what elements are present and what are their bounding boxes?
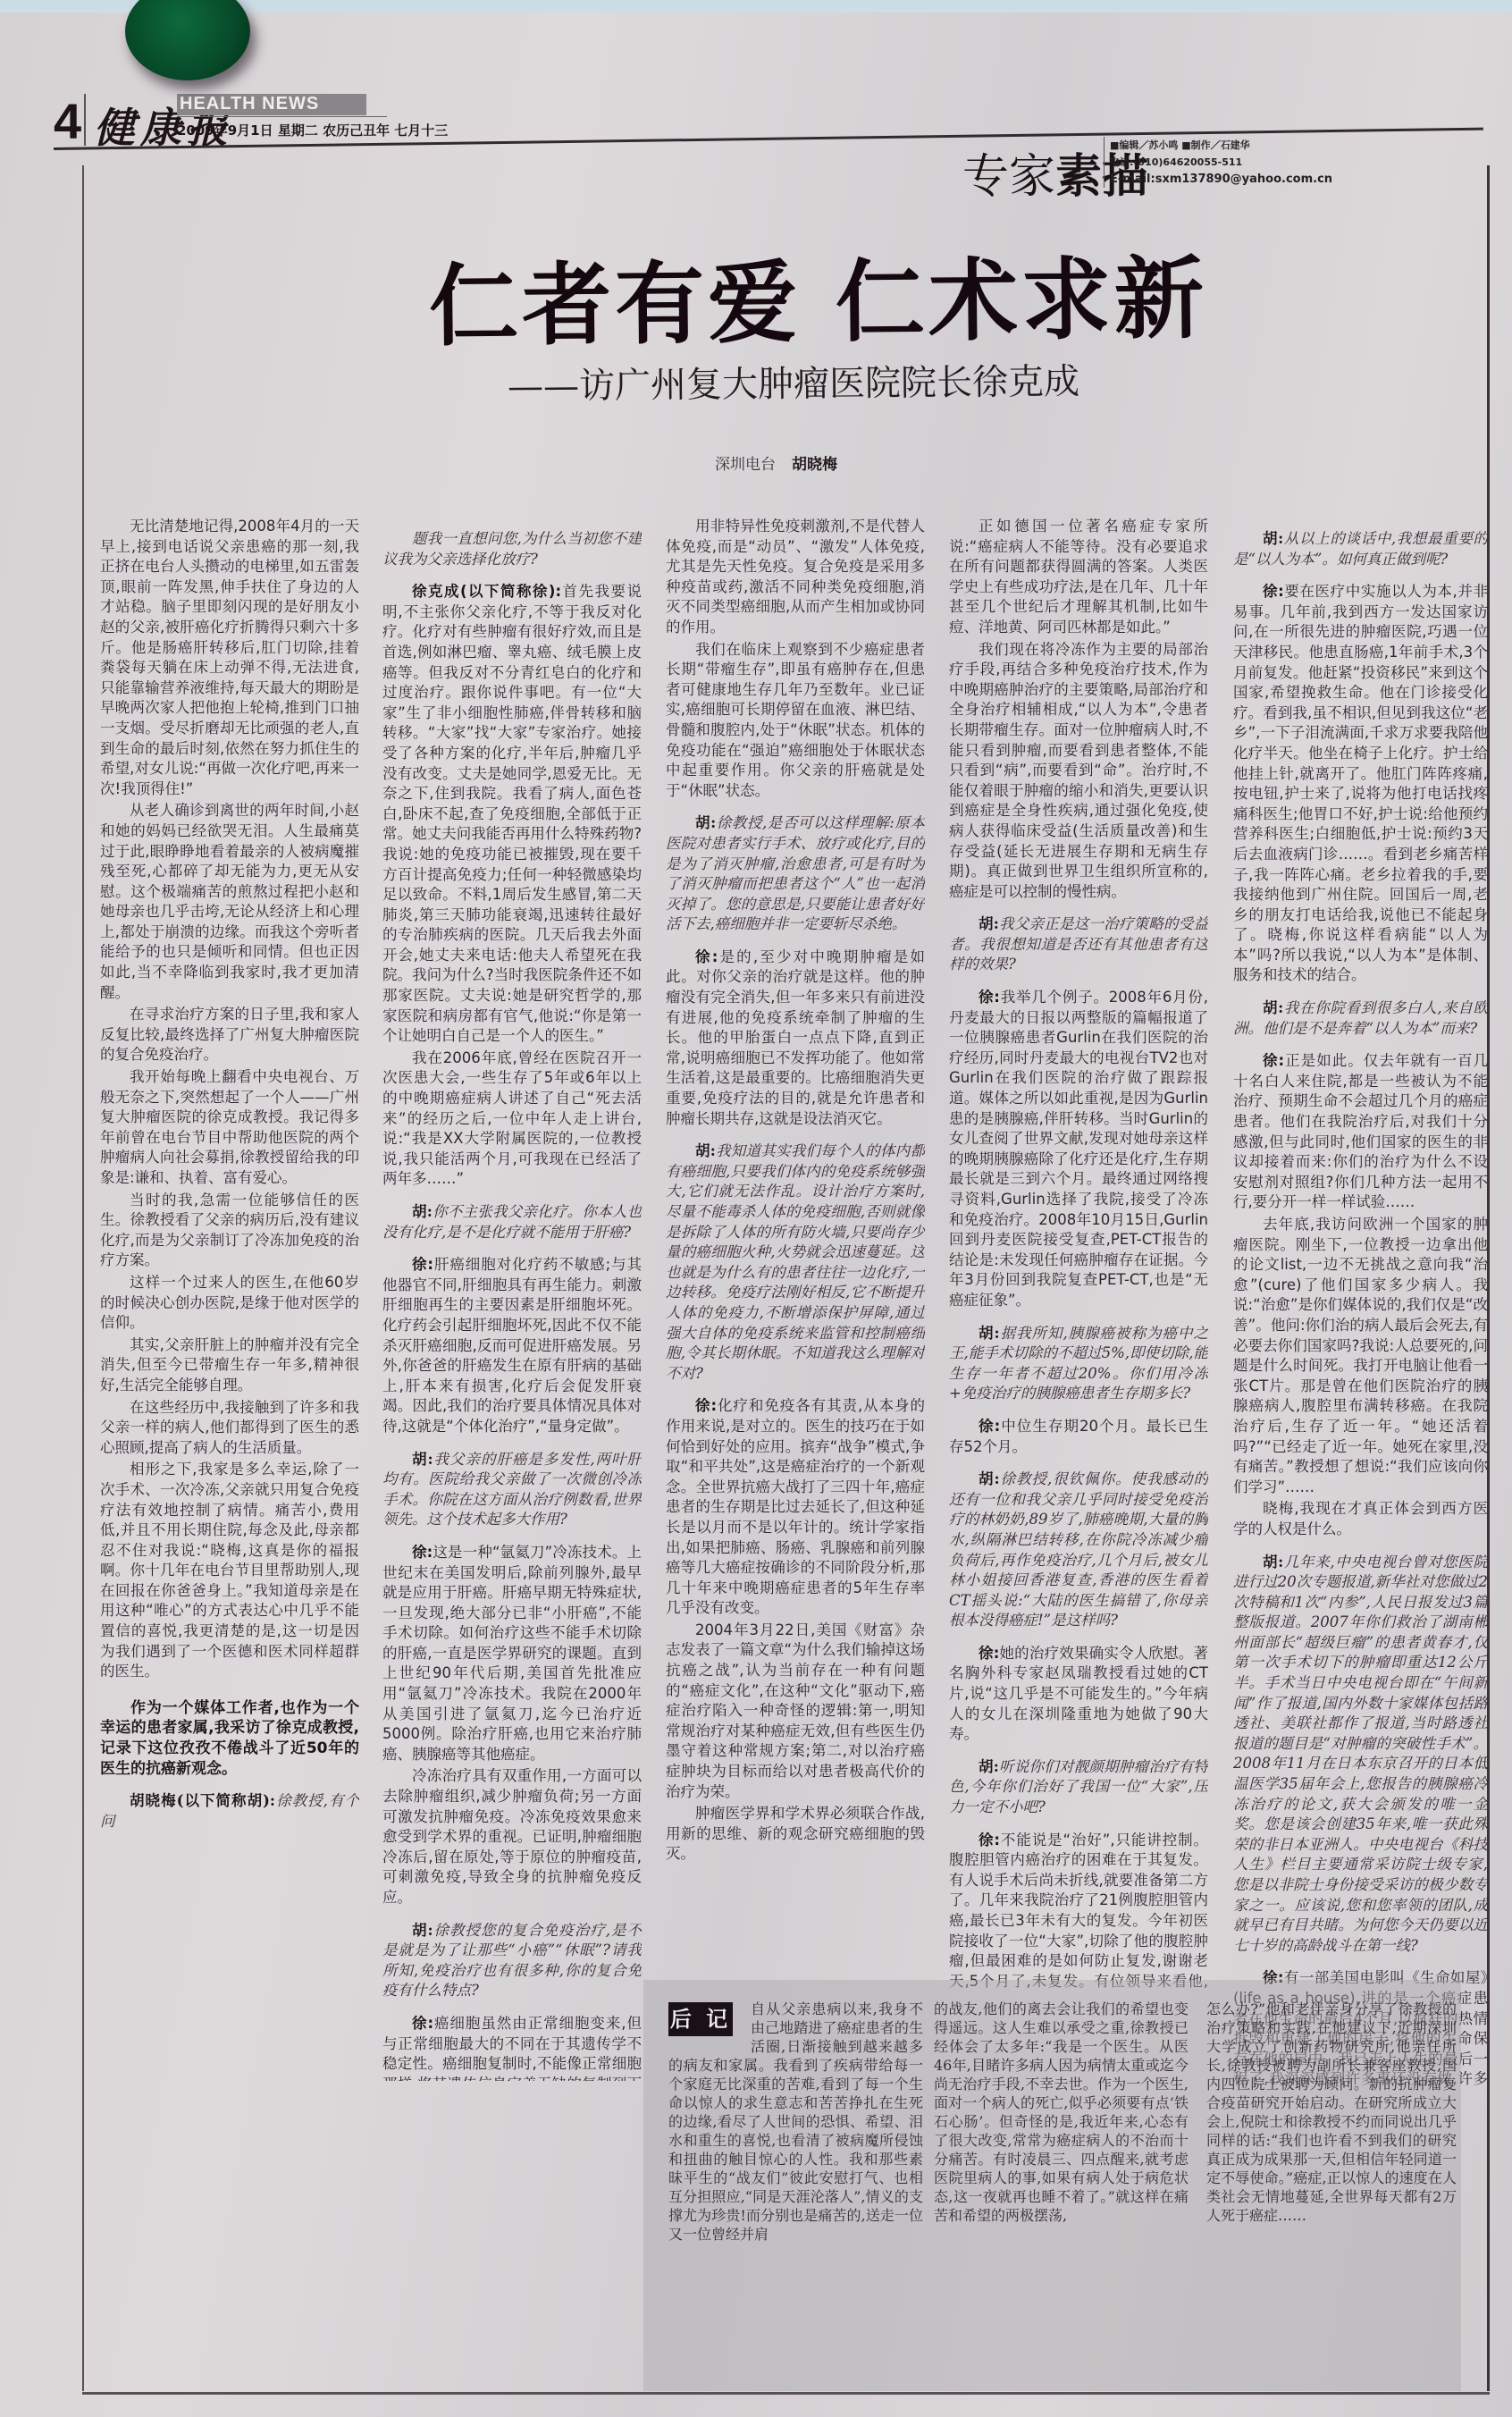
body-paragraph: 用非特异性免疫刺激剂,不是代替人体免疫,而是“动员”、“激发”人体免疫,尤其是先…	[666, 517, 925, 638]
body-paragraph: 2004年3月22日,美国《财富》杂志发表了一篇文章“为什么我们输掉这场抗癌之战…	[666, 1621, 925, 1802]
body-paragraph: 正如德国一位著名癌症专家所说:“癌症病人不能等待。没有必要追求在所有问题都获得圆…	[949, 517, 1208, 638]
issue-date: 2009年9月1日 星期二 农历己丑年 七月十三	[177, 121, 448, 139]
afterword-text-2: 的战友,他们的离去会让我们的希望也变得遥远。这人生难以承受之重,徐教授已经体会了…	[934, 2000, 1189, 2225]
body-paragraph: 冷冻治疗具有双重作用,一方面可以去除肿瘤组织,减少肿瘤负荷;另一方面可激发抗肿瘤…	[382, 1766, 642, 1907]
paragraph-text: 其实,父亲肝脏上的肿瘤并没有完全消失,但至今已带瘤生存一年多,精神很好,生活完全…	[100, 1336, 359, 1394]
speaker-label: 徐:	[979, 1418, 1000, 1435]
interviewee-answer: 徐:我举几个例子。2008年6月份,丹麦最大的日报以两整版的篇幅报道了一位胰腺癌…	[949, 988, 1208, 1311]
body-paragraph: 晓梅,我现在才真正体会到西方医学的人权是什么。	[1233, 1499, 1488, 1539]
paragraph-text: 我开始每晚上翻看中央电视台、万般无奈之下,突然想起了一个人——广州复大肿瘤医院的…	[100, 1068, 359, 1186]
speaker-label: 胡:	[1263, 530, 1283, 547]
body-paragraph: 肿瘤医学界和学术界必须联合作战,用新的思维、新的观念研究癌细胞的毁灭。	[666, 1804, 925, 1865]
interviewer-question: 题我一直想问您,为什么当初您不建议我为父亲选择化放疗?	[382, 529, 642, 569]
interviewer-question: 胡:徐教授,是否可以这样理解:原本医院对患者实行手术、放疗或化疗,目的是为了消灭…	[666, 813, 925, 935]
lead-paragraph: 作为一个媒体工作者,也作为一个幸运的患者家属,我采访了徐克成教授,记录下这位孜孜…	[100, 1698, 359, 1779]
paragraph-text: 2004年3月22日,美国《财富》杂志发表了一篇文章“为什么我们输掉这场抗癌之战…	[666, 1621, 925, 1800]
paragraph-text: 我知道其实我们每个人的体内都有癌细胞,只要我们体内的免疫系统够强大,它们就无法作…	[666, 1142, 925, 1382]
column-4: 正如德国一位著名癌症专家所说:“癌症病人不能等待。没有必要追求在所有问题都获得圆…	[949, 517, 1208, 1992]
paragraph-text: 这样一个过来人的医生,在他60岁的时候决心创办医院,是缘于他对医学的信仰。	[100, 1274, 359, 1331]
speaker-label: 胡:	[1263, 1554, 1283, 1571]
paragraph-text: 我举几个例子。2008年6月份,丹麦最大的日报以两整版的篇幅报道了一位胰腺癌患者…	[949, 989, 1208, 1309]
body-paragraph: 相形之下,我家是多么幸运,除了一次手术、一次冷冻,父亲就只用复合免疫疗法有效地控…	[100, 1460, 359, 1682]
speaker-label: 胡晓梅(以下简称胡):	[130, 1792, 275, 1809]
interviewer-question: 胡:徐教授您的复合免疫治疗,是不是就是为了让那些“小癌”“休眠”?请我所知,免疫…	[382, 1921, 642, 2001]
paragraph-text: 题我一直想问您,为什么当初您不建议我为父亲选择化放疗?	[382, 530, 642, 568]
english-band-label: HEALTH NEWS	[177, 94, 319, 114]
paragraph-text: 徐教授,是否可以这样理解:原本医院对患者实行手术、放疗或化疗,目的是为了消灭肿瘤…	[666, 814, 925, 932]
interviewer-question: 胡:你不主张我父亲化疗。你本人也没有化疗,是不是化疗就不能用于肝癌?	[382, 1202, 642, 1242]
paragraph-text: 晓梅,我现在才真正体会到西方医学的人权是什么。	[1233, 1500, 1488, 1537]
paragraph-text: 在这些经历中,我接触到了许多和我父亲一样的病人,他们都得到了医生的悉心照顾,提高…	[100, 1399, 359, 1456]
column-2: 题我一直想问您,为什么当初您不建议我为父亲选择化放疗?徐克成(以下简称徐):首先…	[382, 517, 642, 2081]
page-number: 4	[54, 92, 81, 150]
speaker-label: 徐:	[1263, 1052, 1284, 1069]
speaker-label: 徐:	[979, 1832, 1000, 1849]
interviewer-question: 胡:我知道其实我们每个人的体内都有癌细胞,只要我们体内的免疫系统够强大,它们就无…	[666, 1141, 925, 1384]
speaker-label: 胡:	[412, 1451, 433, 1468]
interviewer-question: 胡:听说你们对靓颜期肿瘤治疗有特色,今年你们治好了我国一位“大家”,压力一定不小…	[949, 1757, 1208, 1818]
speaker-label: 徐:	[412, 1256, 433, 1273]
body-paragraph: 我在2006年底,曾经在医院召开一次医患大会,一些生存了5年或6年以上的中晚期癌…	[382, 1048, 642, 1190]
paragraph-text: 不能说是“治好”,只能讲控制。腹腔胆管内癌治疗的困难在于其复发。有人说手术后尚未…	[949, 1832, 1208, 1992]
headline: 仁者有爱 仁术求新	[428, 226, 1207, 363]
paragraph-text: 在寻求治疗方案的日子里,我和家人反复比较,最终选择了广州复大肿瘤医院的复合免疫治…	[100, 1006, 359, 1063]
paragraph-text: 徐教授,很钦佩你。使我感动的还有一位和我父亲几乎同时接受免疫治疗的林奶奶,89岁…	[949, 1470, 1208, 1629]
subheadline: ——访广州复大肿瘤医院院长徐克成	[508, 353, 1079, 409]
paragraph-text: 正是如此。仅去年就有一百几十名白人来住院,都是一些被认为不能治疗、预期生命不会超…	[1233, 1052, 1488, 1210]
paragraph-text: 当时的我,急需一位能够信任的医生。徐教授看了父亲的病历后,没有建议化疗,而是为父…	[100, 1192, 359, 1269]
band-rule	[177, 116, 387, 117]
paragraph-text: 首先我要说明,不主张你父亲化疗,不等于我反对化疗。化疗对有些肿瘤有很好疗效,而且…	[382, 583, 642, 1044]
paragraph-text: 我们在临床上观察到不少癌症患者长期“带瘤生存”,即虽有癌肿存在,但患者可健康地生…	[666, 641, 925, 799]
paragraph-text: 我在2006年底,曾经在医院召开一次医患大会,一些生存了5年或6年以上的中晚期癌…	[382, 1049, 642, 1188]
editor-line: ■编辑／苏小鸣 ■制作／石建华	[1110, 137, 1332, 154]
body-paragraph: 去年底,我访问欧洲一个国家的肿瘤医院。刚坐下,一位教授一边拿出他的论文list,…	[1233, 1215, 1488, 1497]
speaker-label: 徐克成(以下简称徐):	[412, 583, 561, 600]
paragraph-text: 化疗和免疫各有其责,从本身的作用来说,是对立的。医生的技巧在于如何恰到好处的应用…	[666, 1397, 925, 1616]
column-5: 胡:从以上的谈话中,我想最重要的是“以人为本”。如何真正做到呢?徐:要在医疗中实…	[1233, 517, 1488, 2090]
body-paragraph: 从老人确诊到离世的两年时间,小赵和她的妈妈已经欲哭无泪。人生最痛莫过于此,眼睁睁…	[100, 801, 359, 1003]
interviewer-question: 胡:徐教授,很钦佩你。使我感动的还有一位和我父亲几乎同时接受免疫治疗的林奶奶,8…	[949, 1470, 1208, 1631]
paragraph-text: 这是一种“氩氦刀”冷冻技术。上世纪末在美国发明后,除前列腺外,最早就是应用于肝癌…	[382, 1544, 642, 1763]
body-paragraph: 这样一个过来人的医生,在他60岁的时候决心创办医院,是缘于他对医学的信仰。	[100, 1273, 359, 1334]
paragraph-text: 去年底,我访问欧洲一个国家的肿瘤医院。刚坐下,一位教授一边拿出他的论文list,…	[1233, 1216, 1488, 1495]
interviewee-answer: 徐:她的治疗效果确实令人欣慰。著名胸外科专家赵凤瑞教授看过她的CT片,说“这几乎…	[949, 1644, 1208, 1745]
page-header: 4 健康报 HEALTH NEWS 2009年9月1日 星期二 农历己丑年 七月…	[54, 85, 1483, 152]
header-divider	[84, 94, 86, 146]
body-paragraph: 在这些经历中,我接触到了许多和我父亲一样的病人,他们都得到了医生的悉心照顾,提高…	[100, 1398, 359, 1459]
paragraph-text: 肝癌细胞对化疗药不敏感;与其他器官不同,肝细胞具有再生能力。刺激肝细胞再生的主要…	[382, 1256, 642, 1435]
paragraph-text: 用非特异性免疫刺激剂,不是代替人体免疫,而是“动员”、“激发”人体免疫,尤其是先…	[666, 518, 925, 636]
body-paragraph: 我开始每晚上翻看中央电视台、万般无奈之下,突然想起了一个人——广州复大肿瘤医院的…	[100, 1067, 359, 1189]
interviewee-answer: 徐:化疗和免疫各有其责,从本身的作用来说,是对立的。医生的技巧在于如何恰到好处的…	[666, 1396, 925, 1619]
speaker-label: 徐:	[412, 1544, 433, 1561]
interviewee-answer: 徐:肝癌细胞对化疗药不敏感;与其他器官不同,肝细胞具有再生能力。刺激肝细胞再生的…	[382, 1255, 642, 1436]
speaker-label: 徐:	[695, 1397, 717, 1414]
interviewee-answer: 徐:正是如此。仅去年就有一百几十名白人来住院,都是一些被认为不能治疗、预期生命不…	[1233, 1051, 1488, 1213]
interviewer-question: 胡:据我所知,胰腺癌被称为癌中之王,能手术切除的不超过5%,即使切除,能生存一年…	[949, 1324, 1208, 1404]
speaker-label: 胡:	[1263, 999, 1283, 1016]
paragraph-text: 相形之下,我家是多么幸运,除了一次手术、一次冷冻,父亲就只用复合免疫疗法有效地控…	[100, 1461, 359, 1680]
interviewee-answer: 徐:中位生存期20个月。最长已生存52个月。	[949, 1417, 1208, 1457]
paragraph-text: 冷冻治疗具有双重作用,一方面可以去除肿瘤组织,减少肿瘤负荷;另一方面可激发抗肿瘤…	[382, 1767, 642, 1906]
body-paragraph: 我们在临床上观察到不少癌症患者长期“带瘤生存”,即虽有癌肿存在,但患者可健康地生…	[666, 640, 925, 802]
body-paragraph: 我们现在将冷冻作为主要的局部治疗手段,再结合多种免疫治疗技术,作为中晚期癌肿治疗…	[949, 640, 1208, 903]
interviewer-question: 胡:从以上的谈话中,我想最重要的是“以人为本”。如何真正做到呢?	[1233, 529, 1488, 569]
speaker-label: 徐:	[979, 1645, 999, 1662]
speaker-label: 徐:	[1263, 583, 1284, 600]
paragraph-text: 要在医疗中实施以人为本,并非易事。几年前,我到西方一发达国家访问,在一所很先进的…	[1233, 583, 1488, 983]
interviewee-answer: 徐:癌细胞虽然由正常细胞变来,但与正常细胞最大的不同在于其遗传学不稳定性。癌细胞…	[382, 2014, 642, 2081]
paragraph-text: 我们现在将冷冻作为主要的局部治疗手段,再结合多种免疫治疗技术,作为中晚期癌肿治疗…	[949, 641, 1208, 900]
interviewer-question: 胡:我父亲正是这一治疗策略的受益者。我很想知道是否还有其他患者有这样的效果?	[949, 914, 1208, 975]
afterword-column-3: 怎么办?”他和老伴亲身分享了徐教授的治疗策略和实践,在他建议下,近期深圳大学成立…	[1206, 2000, 1457, 2393]
column-3: 用非特异性免疫刺激剂,不是代替人体免疫,而是“动员”、“激发”人体免疫,尤其是先…	[666, 517, 925, 1992]
body-paragraph: 无比清楚地记得,2008年4月的一天早上,接到电话说父亲患癌的那一刻,我正挤在电…	[100, 517, 359, 799]
paragraph-text: 是的,至少对中晚期肿瘤是如此。对你父亲的治疗就是这样。他的肿瘤没有完全消失,但一…	[666, 948, 925, 1127]
afterword-text-3: 怎么办?”他和老伴亲身分享了徐教授的治疗策略和实践,在他建议下,近期深圳大学成立…	[1206, 2000, 1457, 2225]
afterword-tag: 后 记	[668, 2002, 733, 2036]
speaker-label: 徐:	[695, 948, 718, 965]
speaker-label: 胡:	[979, 915, 999, 932]
paragraph-text: 正如德国一位著名癌症专家所说:“癌症病人不能等待。没有必要追求在所有问题都获得圆…	[949, 518, 1208, 636]
speaker-label: 胡:	[979, 1325, 1000, 1342]
speaker-label: 徐:	[979, 989, 1000, 1006]
speaker-label: 胡:	[695, 1142, 716, 1159]
interviewee-answer: 徐:这是一种“氩氦刀”冷冻技术。上世纪末在美国发明后,除前列腺外,最早就是应用于…	[382, 1543, 642, 1765]
speaker-label: 胡:	[412, 1922, 433, 1939]
paragraph-text: 从老人确诊到离世的两年时间,小赵和她的妈妈已经欲哭无泪。人生最痛莫过于此,眼睁睁…	[100, 802, 359, 1000]
speaker-label: 胡:	[979, 1470, 1000, 1487]
speaker-label: 徐:	[412, 2015, 433, 2032]
paragraph-text: 几年来,中央电视台曾对您医院进行过20次专题报道,新华社对您做过2次特稿和1次“…	[1233, 1554, 1488, 1954]
body-paragraph: 当时的我,急需一位能够信任的医生。徐教授看了父亲的病历后,没有建议化疗,而是为父…	[100, 1191, 359, 1271]
byline-source: 深圳电台	[715, 456, 776, 474]
interviewee-answer: 徐:要在医疗中实施以人为本,并非易事。几年前,我到西方一发达国家访问,在一所很先…	[1233, 582, 1488, 986]
afterword-column-1: 自从父亲患病以来,我身不由己地踏进了癌症患者的生活圈,日渐接触到越来越多的病友和…	[668, 2000, 923, 2393]
interviewee-answer: 徐:是的,至少对中晚期肿瘤是如此。对你父亲的治疗就是这样。他的肿瘤没有完全消失,…	[666, 947, 925, 1129]
interviewer-question: 胡晓梅(以下简称胡):徐教授,有个问	[100, 1791, 359, 1832]
paragraph-text: 无比清楚地记得,2008年4月的一天早上,接到电话说父亲患癌的那一刻,我正挤在电…	[100, 518, 359, 797]
interviewee-answer: 徐:不能说是“治好”,只能讲控制。腹腔胆管内癌治疗的困难在于其复发。有人说手术后…	[949, 1831, 1208, 1992]
interviewee-answer: 徐克成(以下简称徐):首先我要说明,不主张你父亲化疗,不等于我反对化疗。化疗对有…	[382, 582, 642, 1047]
column-1: 无比清楚地记得,2008年4月的一天早上,接到电话说父亲患癌的那一刻,我正挤在电…	[100, 517, 359, 2385]
speaker-label: 胡:	[412, 1203, 433, 1220]
body-paragraph: 在寻求治疗方案的日子里,我和家人反复比较,最终选择了广州复大肿瘤医院的复合免疫治…	[100, 1005, 359, 1065]
body-paragraph: 其实,父亲肝脏上的肿瘤并没有完全消失,但至今已带瘤生存一年多,精神很好,生活完全…	[100, 1335, 359, 1396]
interviewer-question: 胡:我父亲的肝癌是多发性,两叶肝均有。医院给我父亲做了一次微创冷冻手术。你院在这…	[382, 1450, 642, 1530]
paragraph-text: 作为一个媒体工作者,也作为一个幸运的患者家属,我采访了徐克成教授,记录下这位孜孜…	[100, 1699, 359, 1778]
speaker-label: 胡:	[979, 1758, 999, 1775]
interviewer-question: 胡:我在你院看到很多白人,来自欧洲。他们是不是奔着“以人为本”而来?	[1233, 998, 1488, 1039]
paragraph-text: 肿瘤医学界和学术界必须联合作战,用新的思维、新的观念研究癌细胞的毁灭。	[666, 1805, 925, 1862]
speaker-label: 胡:	[695, 814, 716, 831]
byline: 深圳电台胡晓梅	[715, 451, 837, 474]
afterword-column-2: 的战友,他们的离去会让我们的希望也变得遥远。这人生难以承受之重,徐教授已经体会了…	[934, 2000, 1189, 2393]
interviewer-question: 胡:几年来,中央电视台曾对您医院进行过20次专题报道,新华社对您做过2次特稿和1…	[1233, 1553, 1488, 1957]
english-band: HEALTH NEWS	[177, 94, 366, 115]
byline-author: 胡晓梅	[792, 456, 837, 474]
